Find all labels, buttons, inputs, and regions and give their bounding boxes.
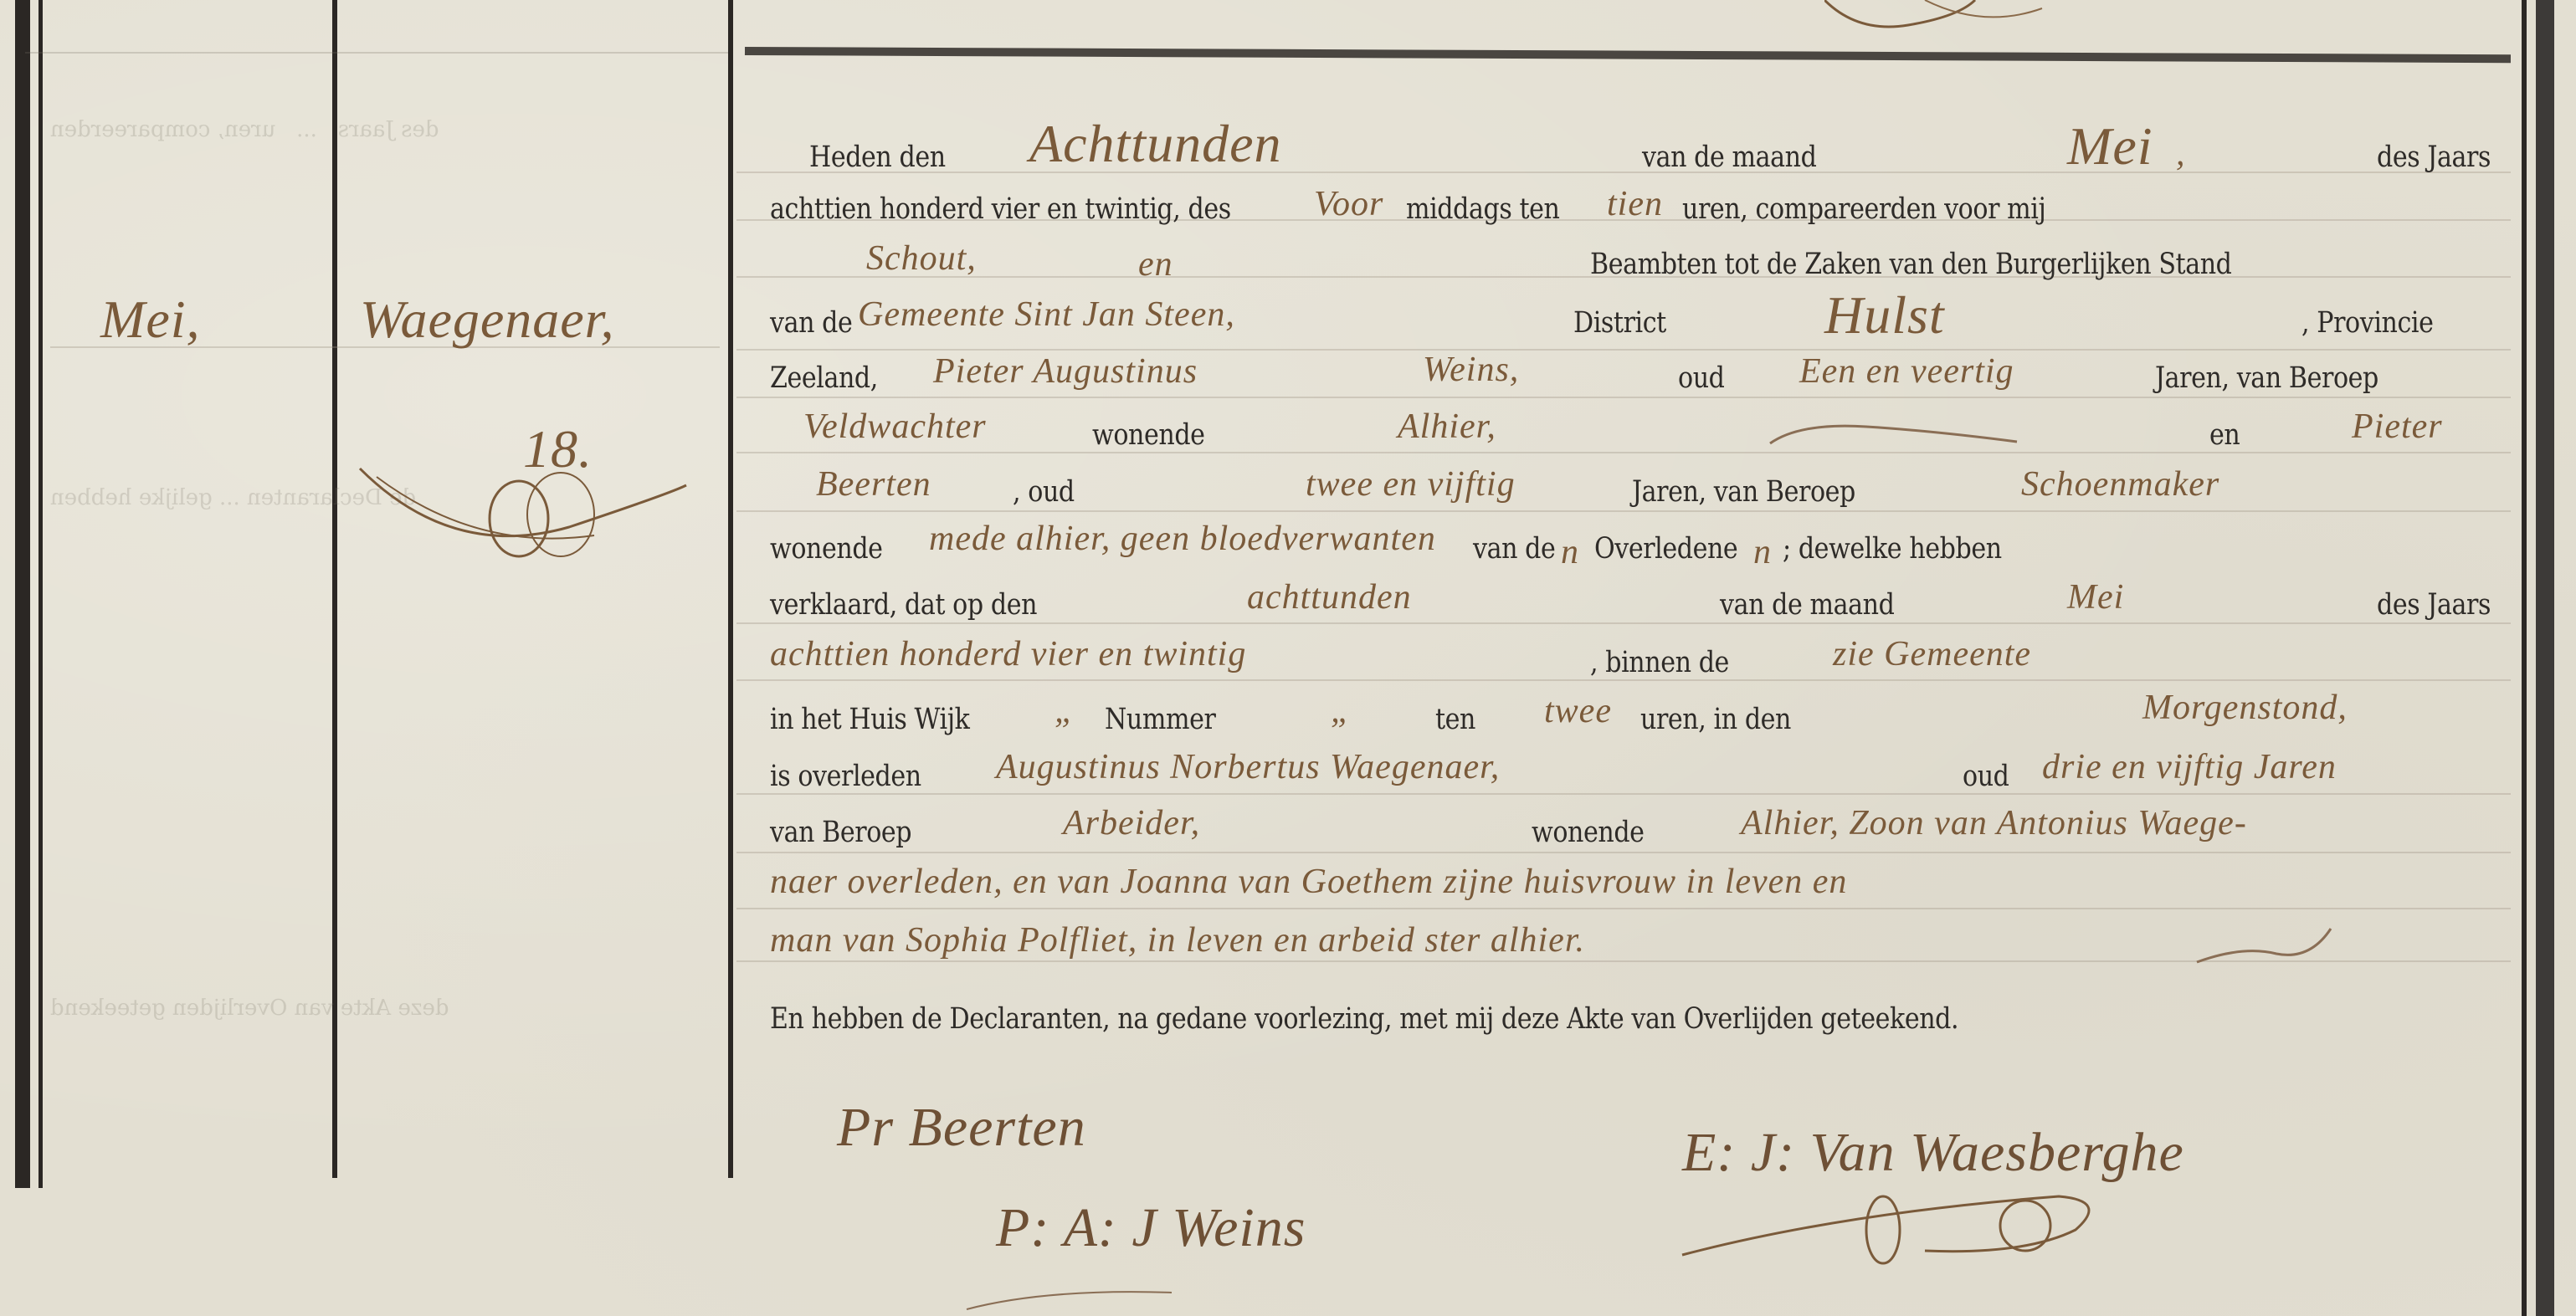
form-text: Beambten tot de Zaken van den Burgerlijk…: [1590, 248, 2232, 281]
form-text: en: [2209, 418, 2240, 452]
bleed-through-text: deze Akte van Overlijden geteekend: [50, 996, 449, 1021]
filled-declarant1-residence: Alhier,: [1398, 407, 1496, 447]
filled-en: en: [1138, 244, 1173, 284]
form-text: Jaren, van Beroep: [1632, 475, 1855, 509]
filled-death-month: Mei: [2067, 577, 2124, 617]
guide-rule: [736, 172, 2511, 173]
form-text: wonende: [1532, 816, 1645, 849]
form-text: Jaren, van Beroep: [2155, 361, 2378, 395]
form-text: , oud: [1013, 475, 1075, 509]
right-border-thick: [2536, 0, 2554, 1316]
form-text: Nummer: [1105, 703, 1215, 736]
guide-rule: [736, 452, 2511, 453]
top-flourish-icon: [1824, 0, 2159, 42]
filled-day: Achttunden: [1029, 113, 1281, 175]
top-section-rule: [745, 47, 2511, 63]
filled-hour: tien: [1607, 184, 1663, 224]
filled-deceased-name: Augustinus Norbertus Waegenaer,: [996, 747, 1500, 787]
margin-surname: Waegenaer,: [360, 289, 614, 351]
guide-rule: [736, 622, 2511, 624]
filled-declarant2-surname: Beerten: [816, 464, 931, 504]
guide-rule: [736, 908, 2511, 909]
form-text: van de: [770, 306, 852, 340]
comma: ,: [2176, 134, 2186, 174]
filled-death-place: zie Gemeente: [1833, 634, 2031, 674]
filled-wijk: „: [1055, 691, 1075, 731]
filled-declarant2-occupation: Schoenmaker: [2021, 464, 2219, 504]
filled-declarant1-surname: Weins,: [1423, 350, 1519, 390]
form-text: achttien honderd vier en twintig, des: [770, 192, 1231, 226]
filled-municipality: Gemeente Sint Jan Steen,: [858, 294, 1235, 335]
left-border-thick: [15, 0, 30, 1188]
bleed-through-text: des Jaars ... uren, compareerden: [50, 117, 439, 142]
guide-rule: [736, 510, 2511, 512]
form-text: verklaard, dat op den: [770, 588, 1037, 622]
form-text: wonende: [1092, 418, 1205, 452]
guide-rule: [736, 852, 2511, 853]
form-text: oud: [1678, 361, 1724, 395]
form-text: , binnen de: [1590, 646, 1729, 679]
guide-rule: [736, 397, 2511, 398]
form-text: Heden den: [809, 141, 946, 174]
form-text: ten: [1435, 703, 1475, 736]
form-text: Overledene: [1594, 532, 1737, 566]
form-text: is overleden: [770, 760, 921, 793]
form-text: uren, in den: [1640, 703, 1791, 736]
form-text: des Jaars: [2377, 588, 2491, 622]
form-text: van de maand: [1642, 141, 1816, 174]
form-text: des Jaars: [2377, 141, 2491, 174]
filled-title: Schout,: [866, 238, 977, 279]
filled-declarant1-name: Pieter Augustinus: [933, 351, 1198, 392]
filled-death-hour: twee: [1544, 691, 1612, 731]
margin-flourish-icon: [352, 435, 703, 561]
filled-deceased-age: drie en vijftig Jaren: [2042, 747, 2337, 787]
signature-flourish-icon: [1674, 1180, 2109, 1272]
filled-relation: mede alhier, geen bloedverwanten: [929, 519, 1436, 559]
filled-continuation: man van Sophia Polfliet, in leven en arb…: [770, 920, 1585, 960]
filled-voor: Voor: [1314, 184, 1383, 224]
form-text: District: [1573, 306, 1666, 340]
form-text: Zeeland,: [770, 361, 878, 395]
margin-month: Mei,: [100, 289, 201, 351]
signature-officer: E: J: Van Waesberghe: [1682, 1121, 2184, 1185]
form-text: oud: [1963, 760, 2009, 793]
filled-declarant2-age: twee en vijftig: [1306, 464, 1516, 504]
right-border-thin: [2522, 0, 2527, 1316]
signature-witness1: Pr Beerten: [837, 1096, 1086, 1160]
form-text: in het Huis Wijk: [770, 703, 969, 736]
filled-district: Hulst: [1824, 284, 1945, 346]
column-divider-2: [728, 0, 733, 1178]
filled-death-year: achttien honderd vier en twintig: [770, 634, 1246, 674]
guide-rule: [736, 349, 2511, 351]
signature-witness2: P: A: J Weins: [996, 1196, 1306, 1260]
filled-death-day: achttunden: [1247, 577, 1412, 617]
line-filler-icon: [1766, 418, 2034, 452]
form-text: middags ten: [1406, 192, 1560, 226]
form-text: uren, compareerden voor mij: [1682, 192, 2045, 226]
filled-suffix: n: [1561, 532, 1579, 572]
form-text: wonende: [770, 532, 883, 566]
filled-deceased-parents: Alhier, Zoon van Antonius Waege-: [1741, 803, 2247, 843]
filled-declarant1-occupation: Veldwachter: [803, 407, 987, 447]
form-text: , Provincie: [2301, 306, 2433, 340]
guide-rule: [736, 679, 2511, 681]
filled-nummer: „: [1331, 691, 1351, 731]
filled-continuation: naer overleden, en van Joanna van Goethe…: [770, 862, 1847, 902]
form-text: van de maand: [1720, 588, 1894, 622]
filled-suffix: n: [1753, 532, 1772, 572]
filled-time-of-day: Morgenstond,: [2142, 688, 2348, 728]
left-border-thin: [38, 0, 43, 1188]
form-text: ; dewelke hebben: [1783, 532, 2002, 566]
form-text: van de: [1473, 532, 1555, 566]
filled-month: Mei: [2067, 115, 2153, 177]
left-section-rule: [25, 52, 728, 54]
signature-underline-icon: [962, 1280, 1180, 1313]
line-filler-icon: [2193, 920, 2335, 970]
filled-declarant2-firstname: Pieter: [2352, 407, 2443, 447]
filled-declarant1-age: Een en veertig: [1799, 351, 2014, 392]
closing-text: En hebben de Declaranten, na gedane voor…: [770, 1002, 1958, 1036]
form-text: van Beroep: [770, 816, 911, 849]
guide-rule: [736, 793, 2511, 795]
filled-deceased-occupation: Arbeider,: [1063, 803, 1200, 843]
